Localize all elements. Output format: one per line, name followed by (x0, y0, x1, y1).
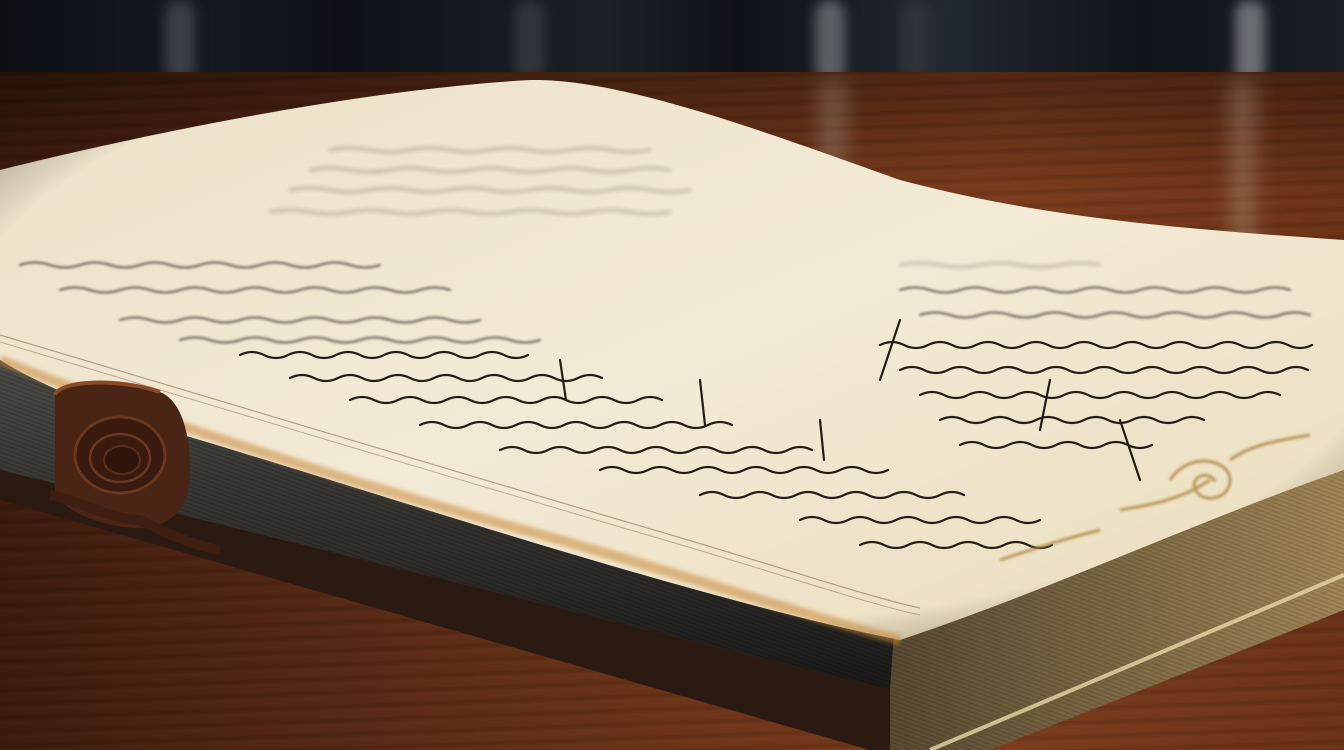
photo-scene (0, 0, 1344, 750)
book-illustration (0, 0, 1344, 750)
